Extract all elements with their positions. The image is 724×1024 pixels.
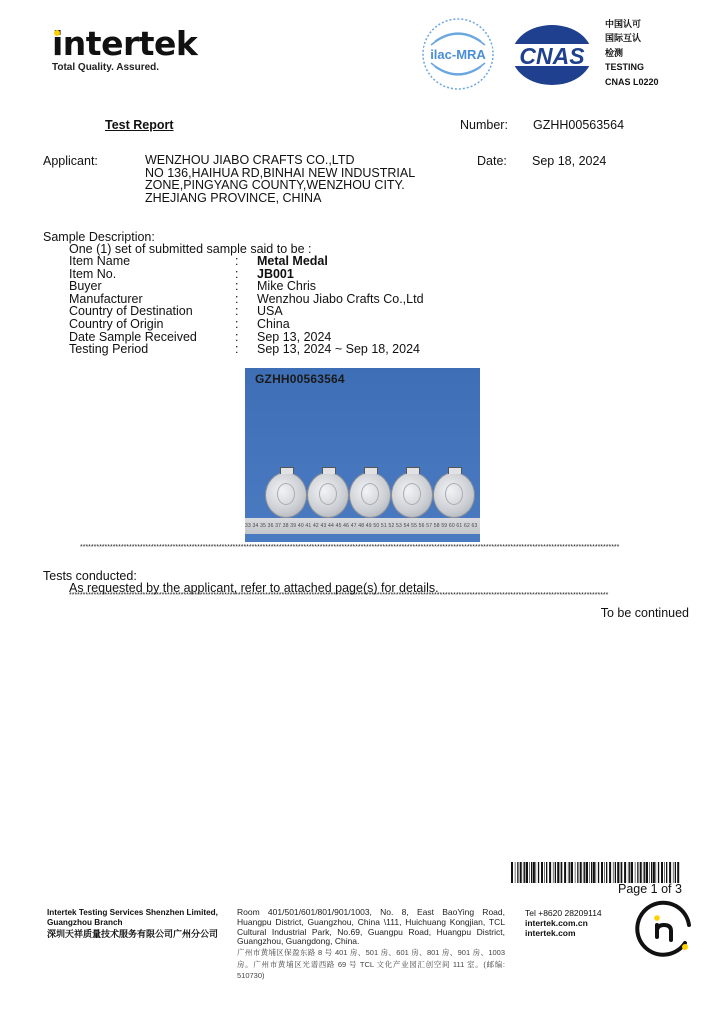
- brand-dot-icon: [54, 30, 60, 36]
- page-indicator: Page 1 of 3: [618, 882, 682, 896]
- sample-value: Mike Chris: [257, 280, 316, 293]
- company-line: 深圳天祥质量技术服务有限公司广州分公司: [47, 929, 218, 939]
- certification-text: 中国认可 国际互认 检测 TESTING CNAS L0220: [605, 17, 659, 89]
- separator-stars: ****************************************…: [80, 544, 681, 551]
- footer-web-cn[interactable]: intertek.com.cn: [525, 918, 602, 928]
- cert-line: 检测: [605, 46, 659, 60]
- applicant-line: ZHEJIANG PROVINCE, CHINA: [145, 192, 415, 205]
- medal-sample: [433, 472, 475, 518]
- footer-address-cn: 广州市黄埔区保盈东路 8 号 401 房、501 房、601 房、801 房、9…: [237, 947, 505, 982]
- brand-name: intertek: [52, 26, 197, 62]
- sample-row: Buyer:Mike Chris: [69, 280, 424, 293]
- svg-text:CNAS: CNAS: [519, 43, 585, 69]
- cert-line: CNAS L0220: [605, 75, 659, 89]
- sample-colon: :: [235, 331, 257, 344]
- sample-row: Country of Origin:China: [69, 318, 424, 331]
- footer-address-en: Room 401/501/601/801/901/1003, No. 8, Ea…: [237, 908, 505, 947]
- sample-row: Item Name:Metal Medal: [69, 255, 424, 268]
- sample-row: Testing Period:Sep 13, 2024 ~ Sep 18, 20…: [69, 343, 424, 356]
- sample-details-table: Item Name:Metal MedalItem No.:JB001Buyer…: [69, 255, 424, 356]
- sample-value: Sep 13, 2024 ~ Sep 18, 2024: [257, 343, 420, 356]
- sample-colon: :: [235, 268, 257, 281]
- sample-colon: :: [235, 293, 257, 306]
- company-line: Intertek Testing Services Shenzhen Limit…: [47, 908, 218, 918]
- applicant-line: WENZHOU JIABO CRAFTS CO.,LTD: [145, 154, 415, 167]
- sample-key: Testing Period: [69, 343, 235, 356]
- report-date: Sep 18, 2024: [532, 154, 606, 168]
- continued-note: To be continued: [601, 606, 689, 620]
- medal-sample: [265, 472, 307, 518]
- number-label: Number:: [460, 118, 508, 132]
- applicant-address: WENZHOU JIABO CRAFTS CO.,LTD NO 136,HAIH…: [145, 154, 415, 205]
- sample-colon: :: [235, 318, 257, 331]
- ilac-mra-logo-icon: ilac-MRA: [421, 17, 495, 91]
- sample-colon: :: [235, 280, 257, 293]
- intertek-logo: intertek Total Quality. Assured.: [52, 26, 197, 73]
- sample-value: China: [257, 318, 290, 331]
- cert-line: TESTING: [605, 60, 659, 74]
- sample-row: Item No.:JB001: [69, 268, 424, 281]
- sample-key: Country of Origin: [69, 318, 235, 331]
- company-line: Guangzhou Branch: [47, 918, 218, 928]
- sample-key: Item Name: [69, 255, 235, 268]
- footer-tel: Tel +8620 28209114: [525, 908, 602, 918]
- separator-stars: ****************************************…: [69, 592, 666, 599]
- sample-colon: :: [235, 305, 257, 318]
- applicant-label: Applicant:: [43, 154, 98, 168]
- sample-key: Buyer: [69, 280, 235, 293]
- report-number: GZHH00563564: [533, 118, 624, 132]
- cnas-logo-icon: CNAS: [508, 22, 596, 88]
- intertek-in-logo-icon: [635, 899, 695, 959]
- medal-sample: [307, 472, 349, 518]
- barcode-icon: [511, 862, 681, 883]
- sample-photo: GZHH00563564 33 34 35 36 37 38 39 40 41 …: [245, 368, 480, 542]
- brand-tagline: Total Quality. Assured.: [52, 62, 197, 73]
- sample-colon: :: [235, 255, 257, 268]
- cert-line: 国际互认: [605, 31, 659, 45]
- sample-value: Metal Medal: [257, 255, 328, 268]
- footer-company: Intertek Testing Services Shenzhen Limit…: [47, 908, 218, 939]
- report-title: Test Report: [105, 118, 174, 132]
- sample-colon: :: [235, 343, 257, 356]
- svg-text:ilac-MRA: ilac-MRA: [430, 47, 486, 62]
- medal-sample: [391, 472, 433, 518]
- cert-line: 中国认可: [605, 17, 659, 31]
- photo-label: GZHH00563564: [255, 372, 345, 386]
- footer-contact: Tel +8620 28209114 intertek.com.cn inter…: [525, 908, 602, 938]
- ruler: 33 34 35 36 37 38 39 40 41 42 43 44 45 4…: [245, 518, 480, 534]
- footer-web[interactable]: intertek.com: [525, 928, 602, 938]
- date-label: Date:: [477, 154, 507, 168]
- medal-sample: [349, 472, 391, 518]
